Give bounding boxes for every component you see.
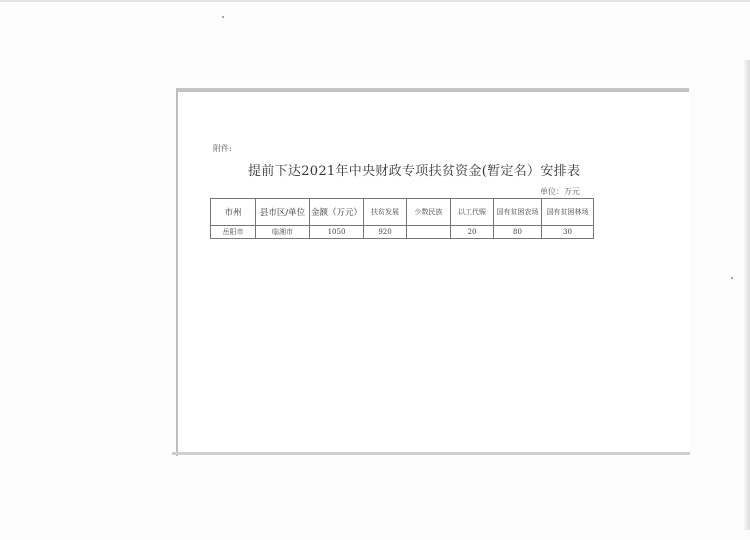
scanned-page: 附件: 提前下达2021年中央财政专项扶贫资金(暂定名）安排表 单位：万元 市州… [0,0,750,540]
header-ethnic-minority: 少数民族 [407,199,451,226]
header-work-relief: 以工代赈 [451,199,494,226]
scan-speck [731,277,733,279]
document-title: 提前下达2021年中央财政专项扶贫资金(暂定名）安排表 [248,160,580,179]
cell-city: 岳阳市 [211,226,256,239]
header-poverty-development: 扶贫发展 [364,199,407,226]
cell-state-forest: 30 [542,226,594,239]
header-city: 市州 [211,199,256,226]
cell-state-farm: 80 [494,226,542,239]
allocation-table: 市州 县市区/单位 金额（万元） 扶贫发展 少数民族 以工代赈 国有贫困农场 国… [210,198,594,239]
header-state-farm: 国有贫困农场 [494,199,542,226]
attachment-label: 附件: [213,143,232,154]
scan-speck [222,16,224,18]
cell-poverty-development: 920 [364,226,407,239]
header-county: 县市区/单位 [256,199,310,226]
header-amount: 金额（万元） [310,199,364,226]
document-sheet [176,88,689,456]
cell-county: 临湘市 [256,226,310,239]
cell-ethnic-minority [407,226,451,239]
scan-edge-right [744,60,750,530]
cell-work-relief: 20 [451,226,494,239]
cell-amount: 1050 [310,226,364,239]
sheet-bottom-edge [172,452,690,455]
table-row: 岳阳市 临湘市 1050 920 20 80 30 [211,226,594,239]
table-header-row: 市州 县市区/单位 金额（万元） 扶贫发展 少数民族 以工代赈 国有贫困农场 国… [211,199,594,226]
scan-edge-top [0,0,750,2]
header-state-forest: 国有贫困林场 [542,199,594,226]
unit-label: 单位：万元 [540,186,580,197]
